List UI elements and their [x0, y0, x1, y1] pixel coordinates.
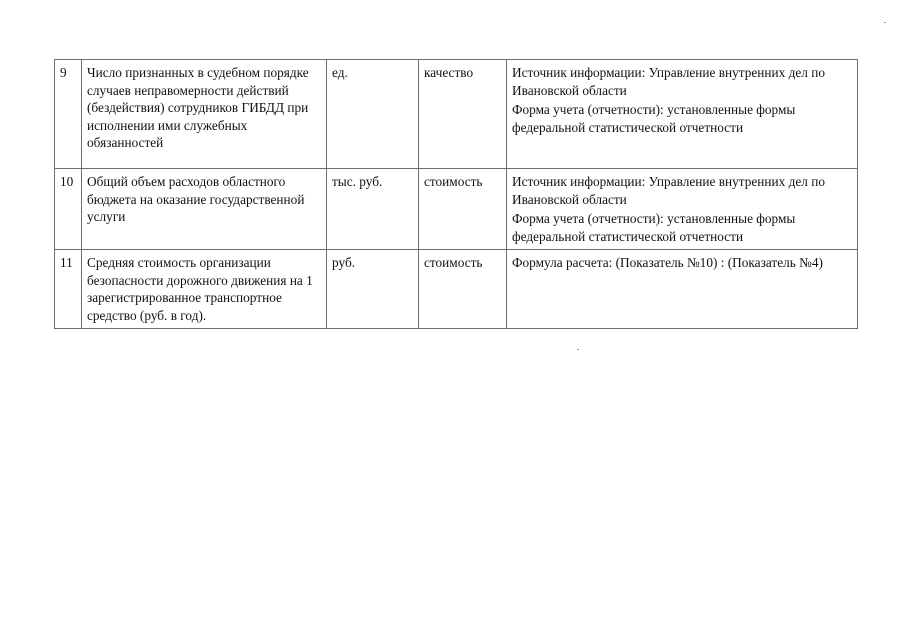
- indicator-type: качество: [419, 60, 507, 169]
- indicator-type: стоимость: [419, 169, 507, 250]
- row-number: 10: [55, 169, 82, 250]
- table-row: 10 Общий объем расходов областного бюдже…: [55, 169, 858, 250]
- scan-speck: [884, 22, 886, 23]
- reporting-form: Форма учета (отчетности): установленные …: [512, 210, 853, 245]
- indicator-name: Общий объем расходов областного бюджета …: [82, 169, 327, 250]
- table-row: 9 Число признанных в судебном порядке сл…: [55, 60, 858, 169]
- indicator-name: Число признанных в судебном порядке случ…: [82, 60, 327, 169]
- indicator-source: Источник информации: Управление внутренн…: [507, 169, 858, 250]
- source-info: Источник информации: Управление внутренн…: [512, 64, 853, 99]
- indicator-source: Источник информации: Управление внутренн…: [507, 60, 858, 169]
- calculation-formula: Формула расчета: (Показатель №10) : (Пок…: [512, 254, 853, 272]
- row-number: 11: [55, 250, 82, 329]
- reporting-form: Форма учета (отчетности): установленные …: [512, 101, 853, 136]
- indicator-name: Средняя стоимость организации безопаснос…: [82, 250, 327, 329]
- row-number: 9: [55, 60, 82, 169]
- document-page: 9 Число признанных в судебном порядке сл…: [0, 0, 905, 640]
- indicator-type: стоимость: [419, 250, 507, 329]
- indicators-table: 9 Число признанных в судебном порядке сл…: [54, 59, 858, 329]
- table-row: 11 Средняя стоимость организации безопас…: [55, 250, 858, 329]
- indicator-unit: руб.: [327, 250, 419, 329]
- indicator-source: Формула расчета: (Показатель №10) : (Пок…: [507, 250, 858, 329]
- indicator-unit: ед.: [327, 60, 419, 169]
- indicator-unit: тыс. руб.: [327, 169, 419, 250]
- scan-speck: [577, 349, 579, 350]
- source-info: Источник информации: Управление внутренн…: [512, 173, 853, 208]
